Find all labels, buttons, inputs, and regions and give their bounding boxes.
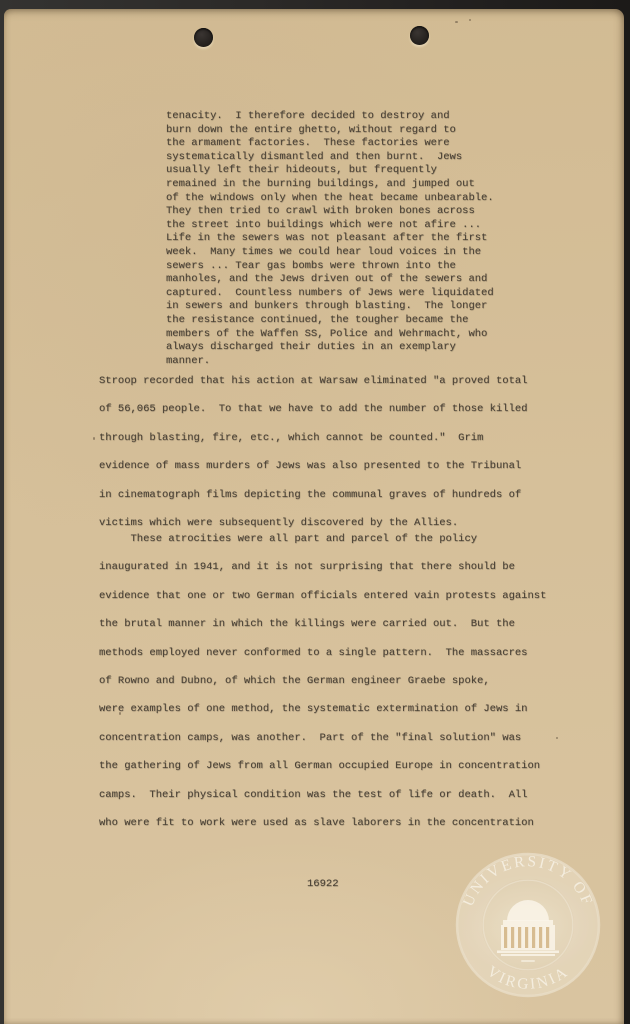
scan-speck [93, 437, 95, 440]
scanned-document: { "document": { "block_quote": "tenacity… [0, 0, 630, 1024]
page-number: 16922 [307, 877, 339, 891]
scan-speck [119, 712, 121, 715]
scan-speck [455, 21, 458, 23]
uva-watermark-seal: UNIVERSITY OF VIRGINIA [440, 837, 616, 1013]
punch-hole-left [194, 28, 213, 47]
block-quote: tenacity. I therefore decided to destroy… [166, 110, 494, 368]
paragraph-stroop: Stroop recorded that his action at Warsa… [99, 367, 527, 537]
scan-speck [469, 19, 471, 21]
scan-speck [556, 737, 558, 739]
punch-hole-right [410, 26, 429, 45]
paragraph-atrocities: These atrocities were all part and parce… [99, 525, 546, 837]
